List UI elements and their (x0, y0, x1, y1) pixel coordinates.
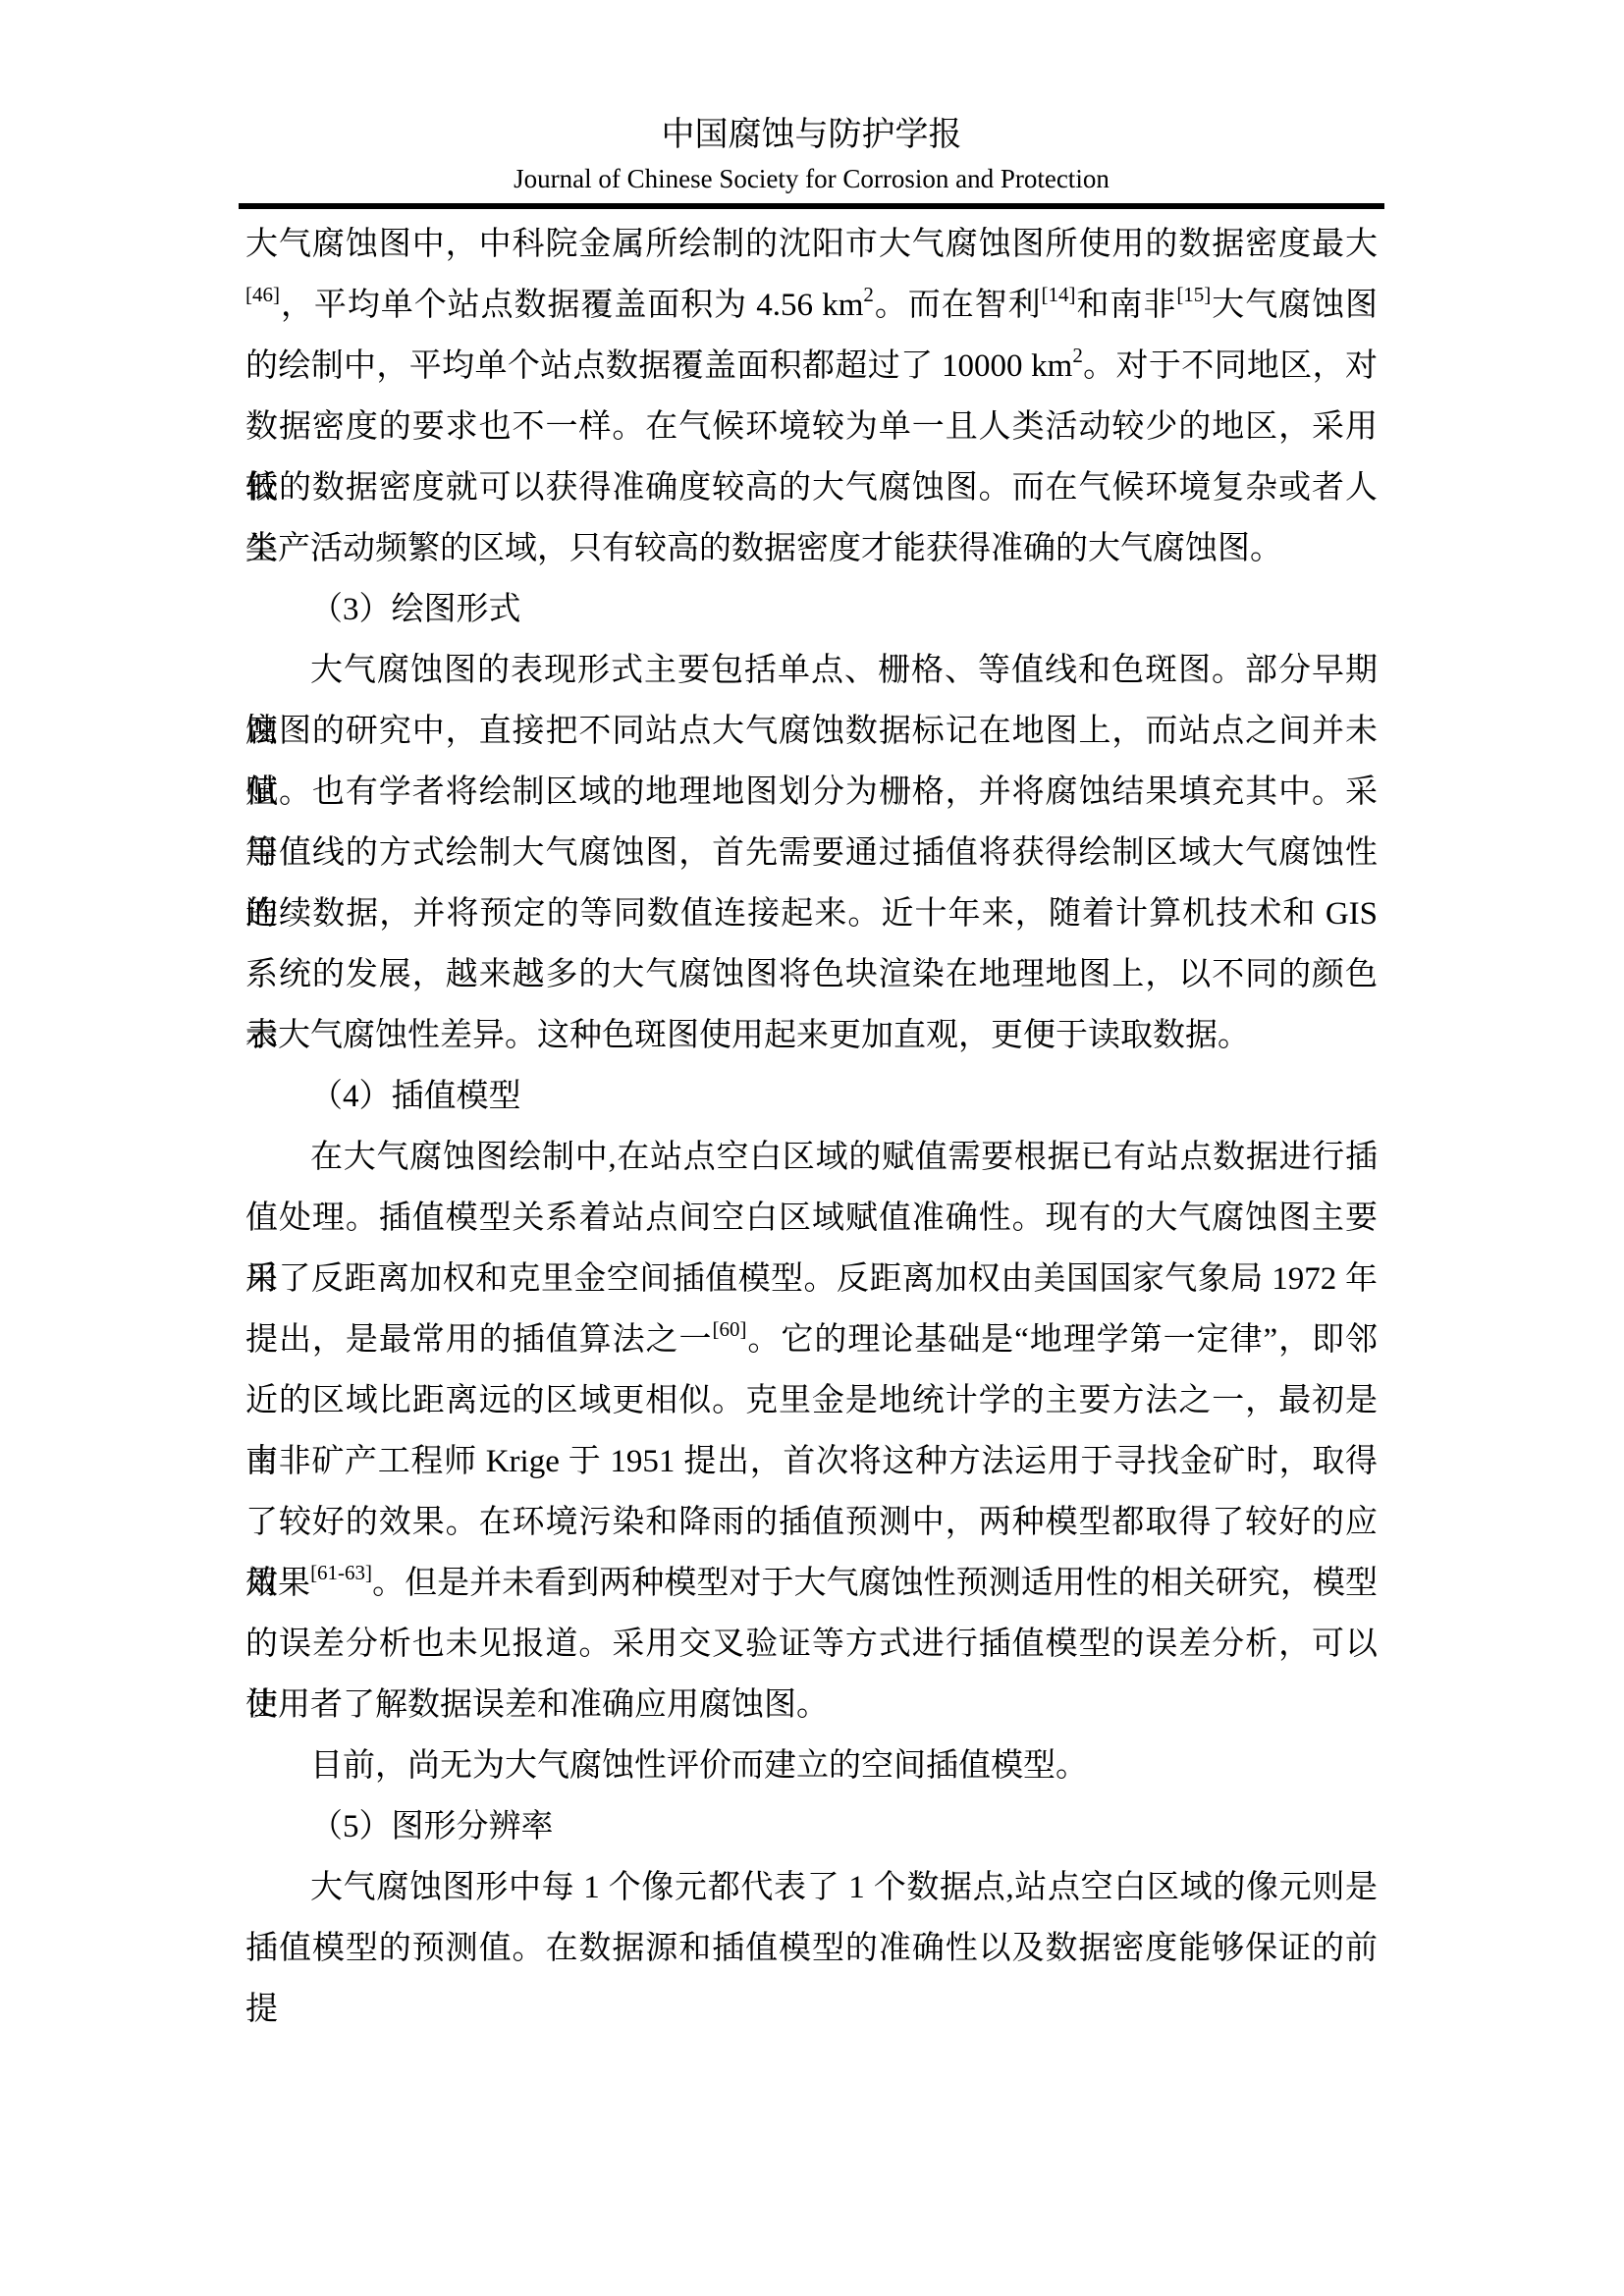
text-line: 目前，尚无为大气腐蚀性评价而建立的空间插值模型。 (239, 1735, 1384, 1796)
text-line: 系统的发展，越来越多的大气腐蚀图将色块渲染在地理地图上，以不同的颜色表 (239, 944, 1384, 1005)
text-line: 示大气腐蚀性差异。这种色斑图使用起来更加直观，更便于读取数据。 (239, 1005, 1384, 1066)
text-line: 大气腐蚀图中，中科院金属所绘制的沈阳市大气腐蚀图所使用的数据密度最大 (239, 214, 1384, 275)
text-line: 低的数据密度就可以获得准确度较高的大气腐蚀图。而在气候环境复杂或者人类 (239, 457, 1384, 518)
text-line: 南非矿产工程师 Krige 于 1951 提出，首次将这种方法运用于寻找金矿时，… (239, 1431, 1384, 1492)
text-column: 中国腐蚀与防护学报 Journal of Chinese Society for… (239, 0, 1384, 1979)
text-line: 的误差分析也未见报道。采用交叉验证等方式进行插值模型的误差分析，可以让 (239, 1614, 1384, 1675)
text-line: 等值线的方式绘制大气腐蚀图，首先需要通过插值将获得绘制区域大气腐蚀性的 (239, 823, 1384, 883)
journal-title-cn: 中国腐蚀与防护学报 (239, 116, 1384, 155)
text-line: 大气腐蚀图的表现形式主要包括单点、栅格、等值线和色斑图。部分早期腐 (239, 640, 1384, 701)
text-line: 的绘制中，平均单个站点数据覆盖面积都超过了 10000 km2。对于不同地区，对 (239, 336, 1384, 397)
superscript-citation: [14] (1042, 283, 1076, 306)
section-heading: （5）图形分辨率 (239, 1796, 1384, 1857)
text-line: [46]，平均单个站点数据覆盖面积为 4.56 km2。而在智利[14]和南非[… (239, 275, 1384, 336)
text-line: 大气腐蚀图形中每 1 个像元都代表了 1 个数据点,站点空白区域的像元则是 (239, 1857, 1384, 1918)
text-line: 在大气腐蚀图绘制中,在站点空白区域的赋值需要根据已有站点数据进行插 (239, 1127, 1384, 1188)
section-heading: （3）绘图形式 (239, 579, 1384, 640)
superscript-citation: 2 (1072, 344, 1083, 367)
journal-title-en: Journal of Chinese Society for Corrosion… (239, 163, 1384, 194)
text-line: 蚀图的研究中，直接把不同站点大气腐蚀数据标记在地图上，而站点之间并未赋 (239, 701, 1384, 762)
superscript-citation: [15] (1176, 283, 1211, 306)
text-line: 值。也有学者将绘制区域的地理地图划分为栅格，并将腐蚀结果填充其中。采用 (239, 762, 1384, 823)
text-line: 使用者了解数据误差和准确应用腐蚀图。 (239, 1675, 1384, 1735)
text-line: 提出，是最常用的插值算法之一[60]。它的理论基础是“地理学第一定律”，即邻 (239, 1309, 1384, 1370)
text-line: 数据密度的要求也不一样。在气候环境较为单一且人类活动较少的地区，采用较 (239, 397, 1384, 457)
document-body: 大气腐蚀图中，中科院金属所绘制的沈阳市大气腐蚀图所使用的数据密度最大[46]，平… (239, 214, 1384, 1979)
text-line: 生产活动频繁的区域，只有较高的数据密度才能获得准确的大气腐蚀图。 (239, 518, 1384, 579)
text-line: 值处理。插值模型关系着站点间空白区域赋值准确性。现有的大气腐蚀图主要采 (239, 1188, 1384, 1249)
superscript-citation: [61-63] (310, 1561, 372, 1584)
text-line: 连续数据，并将预定的等同数值连接起来。近十年来，随着计算机技术和 GIS (239, 883, 1384, 944)
text-line: 近的区域比距离远的区域更相似。克里金是地统计学的主要方法之一，最初是由 (239, 1370, 1384, 1431)
section-heading: （4）插值模型 (239, 1066, 1384, 1127)
header-rule-divider (239, 203, 1384, 209)
text-line: 了较好的效果。在环境污染和降雨的插值预测中，两种模型都取得了较好的应用 (239, 1492, 1384, 1553)
document-page: 中国腐蚀与防护学报 Journal of Chinese Society for… (0, 0, 1624, 2296)
superscript-citation: [60] (712, 1317, 746, 1341)
text-line: 插值模型的预测值。在数据源和插值模型的准确性以及数据密度能够保证的前提 (239, 1918, 1384, 1979)
superscript-citation: 2 (863, 283, 874, 306)
text-line: 效果[61-63]。但是并未看到两种模型对于大气腐蚀性预测适用性的相关研究，模型 (239, 1553, 1384, 1614)
text-line: 用了反距离加权和克里金空间插值模型。反距离加权由美国国家气象局 1972 年 (239, 1249, 1384, 1309)
superscript-citation: [46] (245, 283, 280, 306)
